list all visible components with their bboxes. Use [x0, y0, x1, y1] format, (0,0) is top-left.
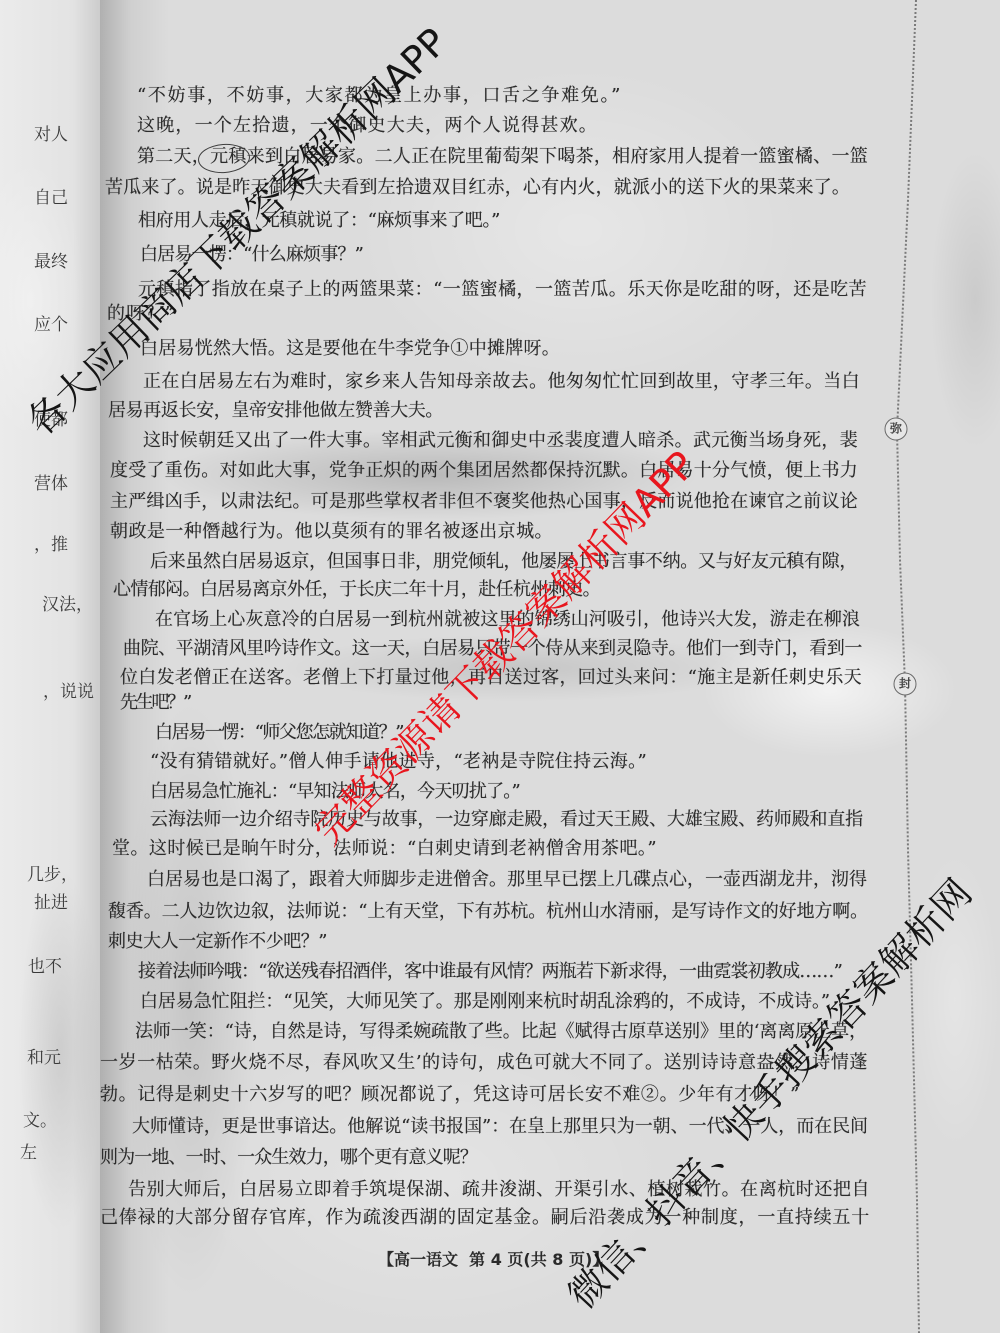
text-line: 主严缉凶手，以肃法纪。可是那些掌权者非但不褒奖他热心国事，反而说他抢在谏官之前议… — [110, 490, 858, 514]
fragment-text: 对人 — [34, 124, 68, 146]
text-line: 馥香。二人边饮边叙，法师说：“上有天堂，下有苏杭。杭州山水清丽，是写诗作文的好地… — [108, 900, 868, 924]
text-line: 接着法师吟哦：“欲送残春招酒伴，客中谁最有风情？两瓶若下新求得，一曲霓裳初教成…… — [138, 960, 842, 984]
text-line: 后来虽然白居易返京，但国事日非，朋党倾轧，他屡屡上书言事不纳。又与好友元稹有隙， — [150, 550, 857, 574]
text-line: 苦瓜来了。说是昨天御史大夫看到左拾遗双目红赤，心有内火，就派小的送下火的果菜来了… — [105, 176, 850, 200]
fragment-text: 扯进 — [34, 892, 68, 914]
text-line: 这时候朝廷又出了一件大事。宰相武元衡和御史中丞裴度遭人暗杀。武元衡当场身死，裴 — [143, 429, 858, 453]
text-line: 度受了重伤。对如此大事，党争正炽的两个集团居然都保持沉默。白居易十分气愤，便上书… — [110, 459, 858, 483]
fragment-text: 最终 — [34, 251, 68, 273]
text-line: 白居易急忙阻拦：“见笑，大师见笑了。那是刚刚来杭时胡乱涂鸦的，不成诗，不成诗。” — [140, 990, 830, 1014]
fragment-text: 营体 — [34, 473, 68, 495]
fragment-text: 文。 — [23, 1110, 57, 1132]
page-footer: 【高一语文 第 4 页(共 8 页)】 — [378, 1249, 608, 1271]
text-line: 告别大师后，白居易立即着手筑堤保湖、疏井浚湖、开渠引水、植树栽竹。在离杭时还把自 — [128, 1178, 870, 1202]
seal-mark-mi: 弥 — [885, 418, 908, 441]
fragment-text: ，推 — [34, 534, 68, 556]
text-line: 白居易恍然大悟。这是要他在牛李党争①中摊牌呀。 — [140, 337, 560, 361]
fragment-text: 和元 — [27, 1047, 61, 1069]
seal-mark-feng: 封 — [894, 673, 917, 696]
fragment-text: 几步， — [27, 864, 78, 886]
text-line: 先生吧？” — [120, 691, 190, 715]
text-line: 正在白居易左右为难时，家乡来人告知母亲故去。他匆匆忙忙回到故里，守孝三年。当白 — [143, 370, 860, 394]
text-line: 云海法师一边介绍寺院历史与故事，一边穿廊走殿，看过天王殿、大雄宝殿、药师殿和直指 — [150, 808, 863, 832]
text-line: 居易再返长安，皇帝安排他做左赞善大夫。 — [108, 399, 443, 423]
text-line: 法师一笑：“诗，自然是诗，写得柔婉疏散了些。比起《赋得古原草送别》里的‘离离原上… — [135, 1020, 867, 1044]
fragment-text: 左 — [20, 1142, 37, 1164]
text-line: 朝政是一种僭越行为。他以莫须有的罪名被逐出京城。 — [110, 520, 553, 544]
text-line: 相府用人走后，元稹就说了：“麻烦事来了吧。” — [138, 209, 500, 233]
fragment-text: 自己 — [34, 187, 68, 209]
text-line: 则为一地、一时、一众生效力，哪个更有意义呢？ — [100, 1146, 477, 1170]
fragment-text: 应个 — [34, 314, 68, 336]
fragment-text: 汉法， — [42, 594, 93, 616]
text-line: 勃。记得是刺史十六岁写的吧？顾况都说了，凭这诗可居长安不难②。少年有才呀！” — [100, 1083, 800, 1107]
text-line: 己俸禄的大部分留存官库，作为疏浚西湖的固定基金。嗣后沿袭成为一种制度，一直持续五… — [100, 1206, 870, 1230]
fragment-text: 也不 — [28, 956, 62, 978]
text-line: 元稹指了指放在桌子上的两篮果菜：“一篮蜜橘，一篮苦瓜。乐天你是吃甜的呀，还是吃苦 — [138, 278, 867, 302]
text-line: 堂。这时候已是晌午时分，法师说：“白刺史请到老衲僧舍用茶吧。” — [112, 837, 657, 861]
text-line: 白居易一愣：“师父您怎就知道？” — [155, 721, 403, 745]
text-line: 白居易也是口渴了，跟着大师脚步走进僧舍。那里早已摆上几碟点心，一壶西湖龙井，沏得 — [147, 868, 867, 892]
text-line: 一岁一枯荣。野火烧不尽，春风吹又生’的诗句，成色可就大不同了。送别诗诗意盎然，诗… — [100, 1051, 868, 1075]
text-line: 刺史大人一定新作不少吧？” — [108, 930, 327, 954]
fragment-text: ，说说 — [43, 681, 94, 703]
